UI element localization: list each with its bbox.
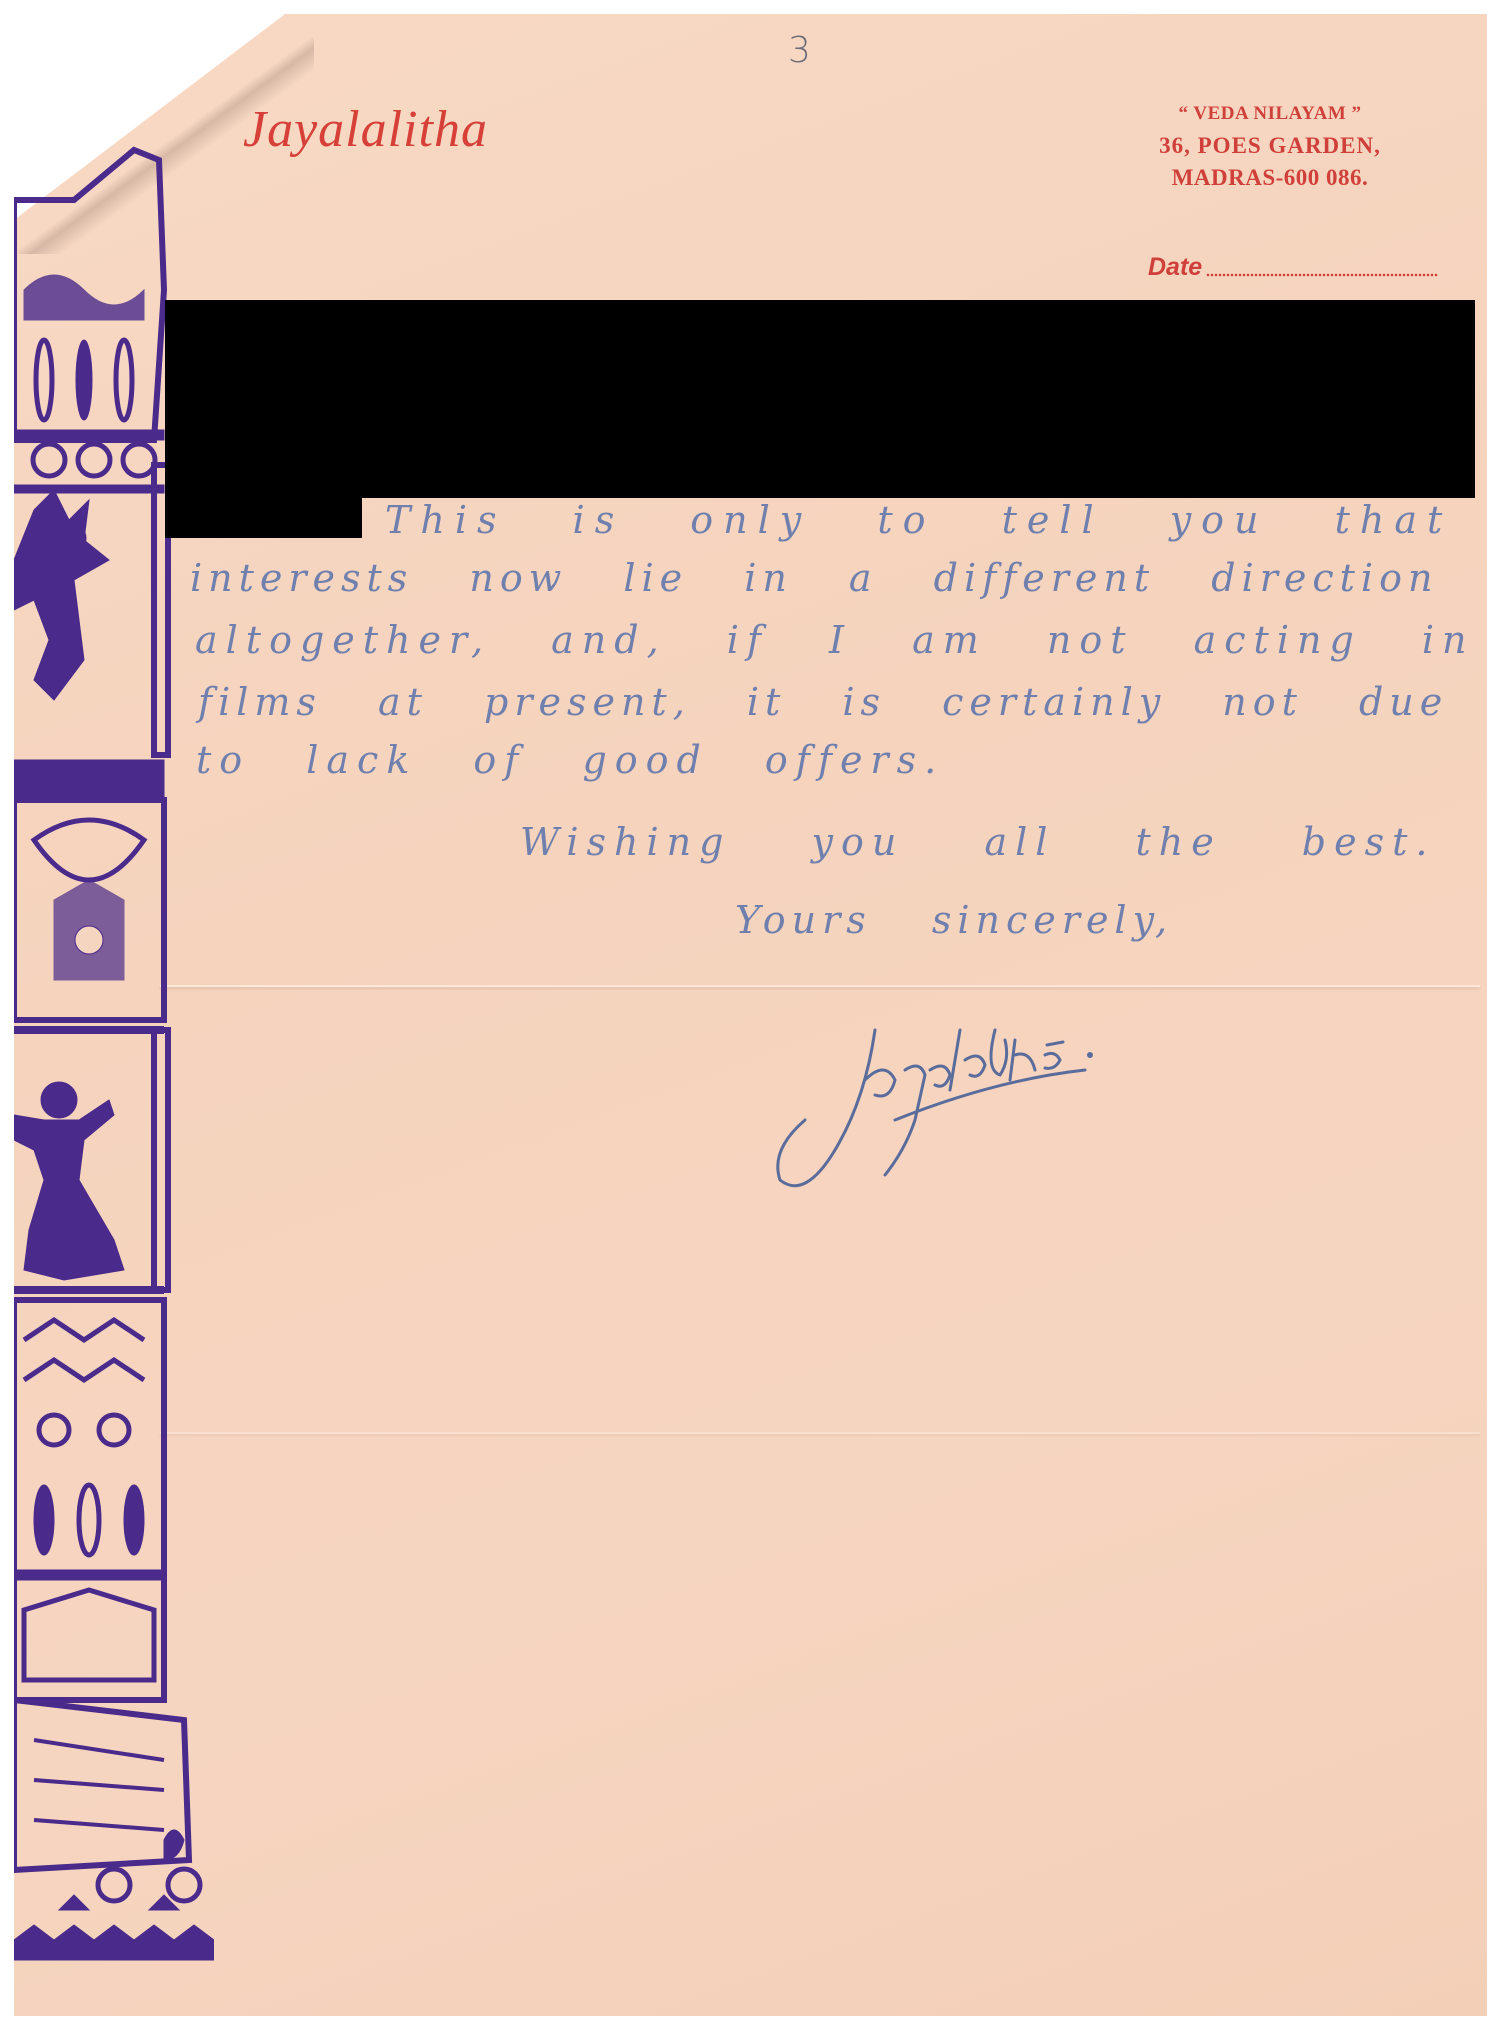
date-dotted-line: [1206, 273, 1438, 277]
letterhead-address: “ VEDA NILAYAM ” 36, POES GARDEN, MADRAS…: [1130, 98, 1410, 194]
letter-line-1: This is only to tell you that my: [385, 498, 1500, 542]
date-label: Date: [1148, 253, 1202, 282]
page-number: 3: [788, 30, 811, 71]
letter-line-5: to lack of good offers.: [196, 738, 944, 782]
date-field: Date: [1148, 253, 1438, 282]
handwritten-signature: [745, 1000, 1105, 1200]
valediction: Yours sincerely,: [735, 898, 1173, 942]
address-line-city: MADRAS-600 086.: [1130, 162, 1410, 194]
fold-crease: [160, 1432, 1480, 1434]
address-line-house: “ VEDA NILAYAM ”: [1130, 98, 1410, 130]
redaction-block: [165, 300, 1475, 498]
closing-wish: Wishing you all the best.: [520, 820, 1435, 864]
redaction-block-extension: [165, 496, 362, 538]
letter-line-3: altogether, and, if I am not acting in: [195, 618, 1475, 662]
letter-line-4: films at present, it is certainly not du…: [198, 680, 1448, 724]
letter-line-2: interests now lie in a different directi…: [190, 556, 1438, 600]
letterhead-name: Jayalalitha: [243, 100, 488, 159]
address-line-street: 36, POES GARDEN,: [1130, 130, 1410, 162]
fold-crease: [160, 985, 1480, 987]
